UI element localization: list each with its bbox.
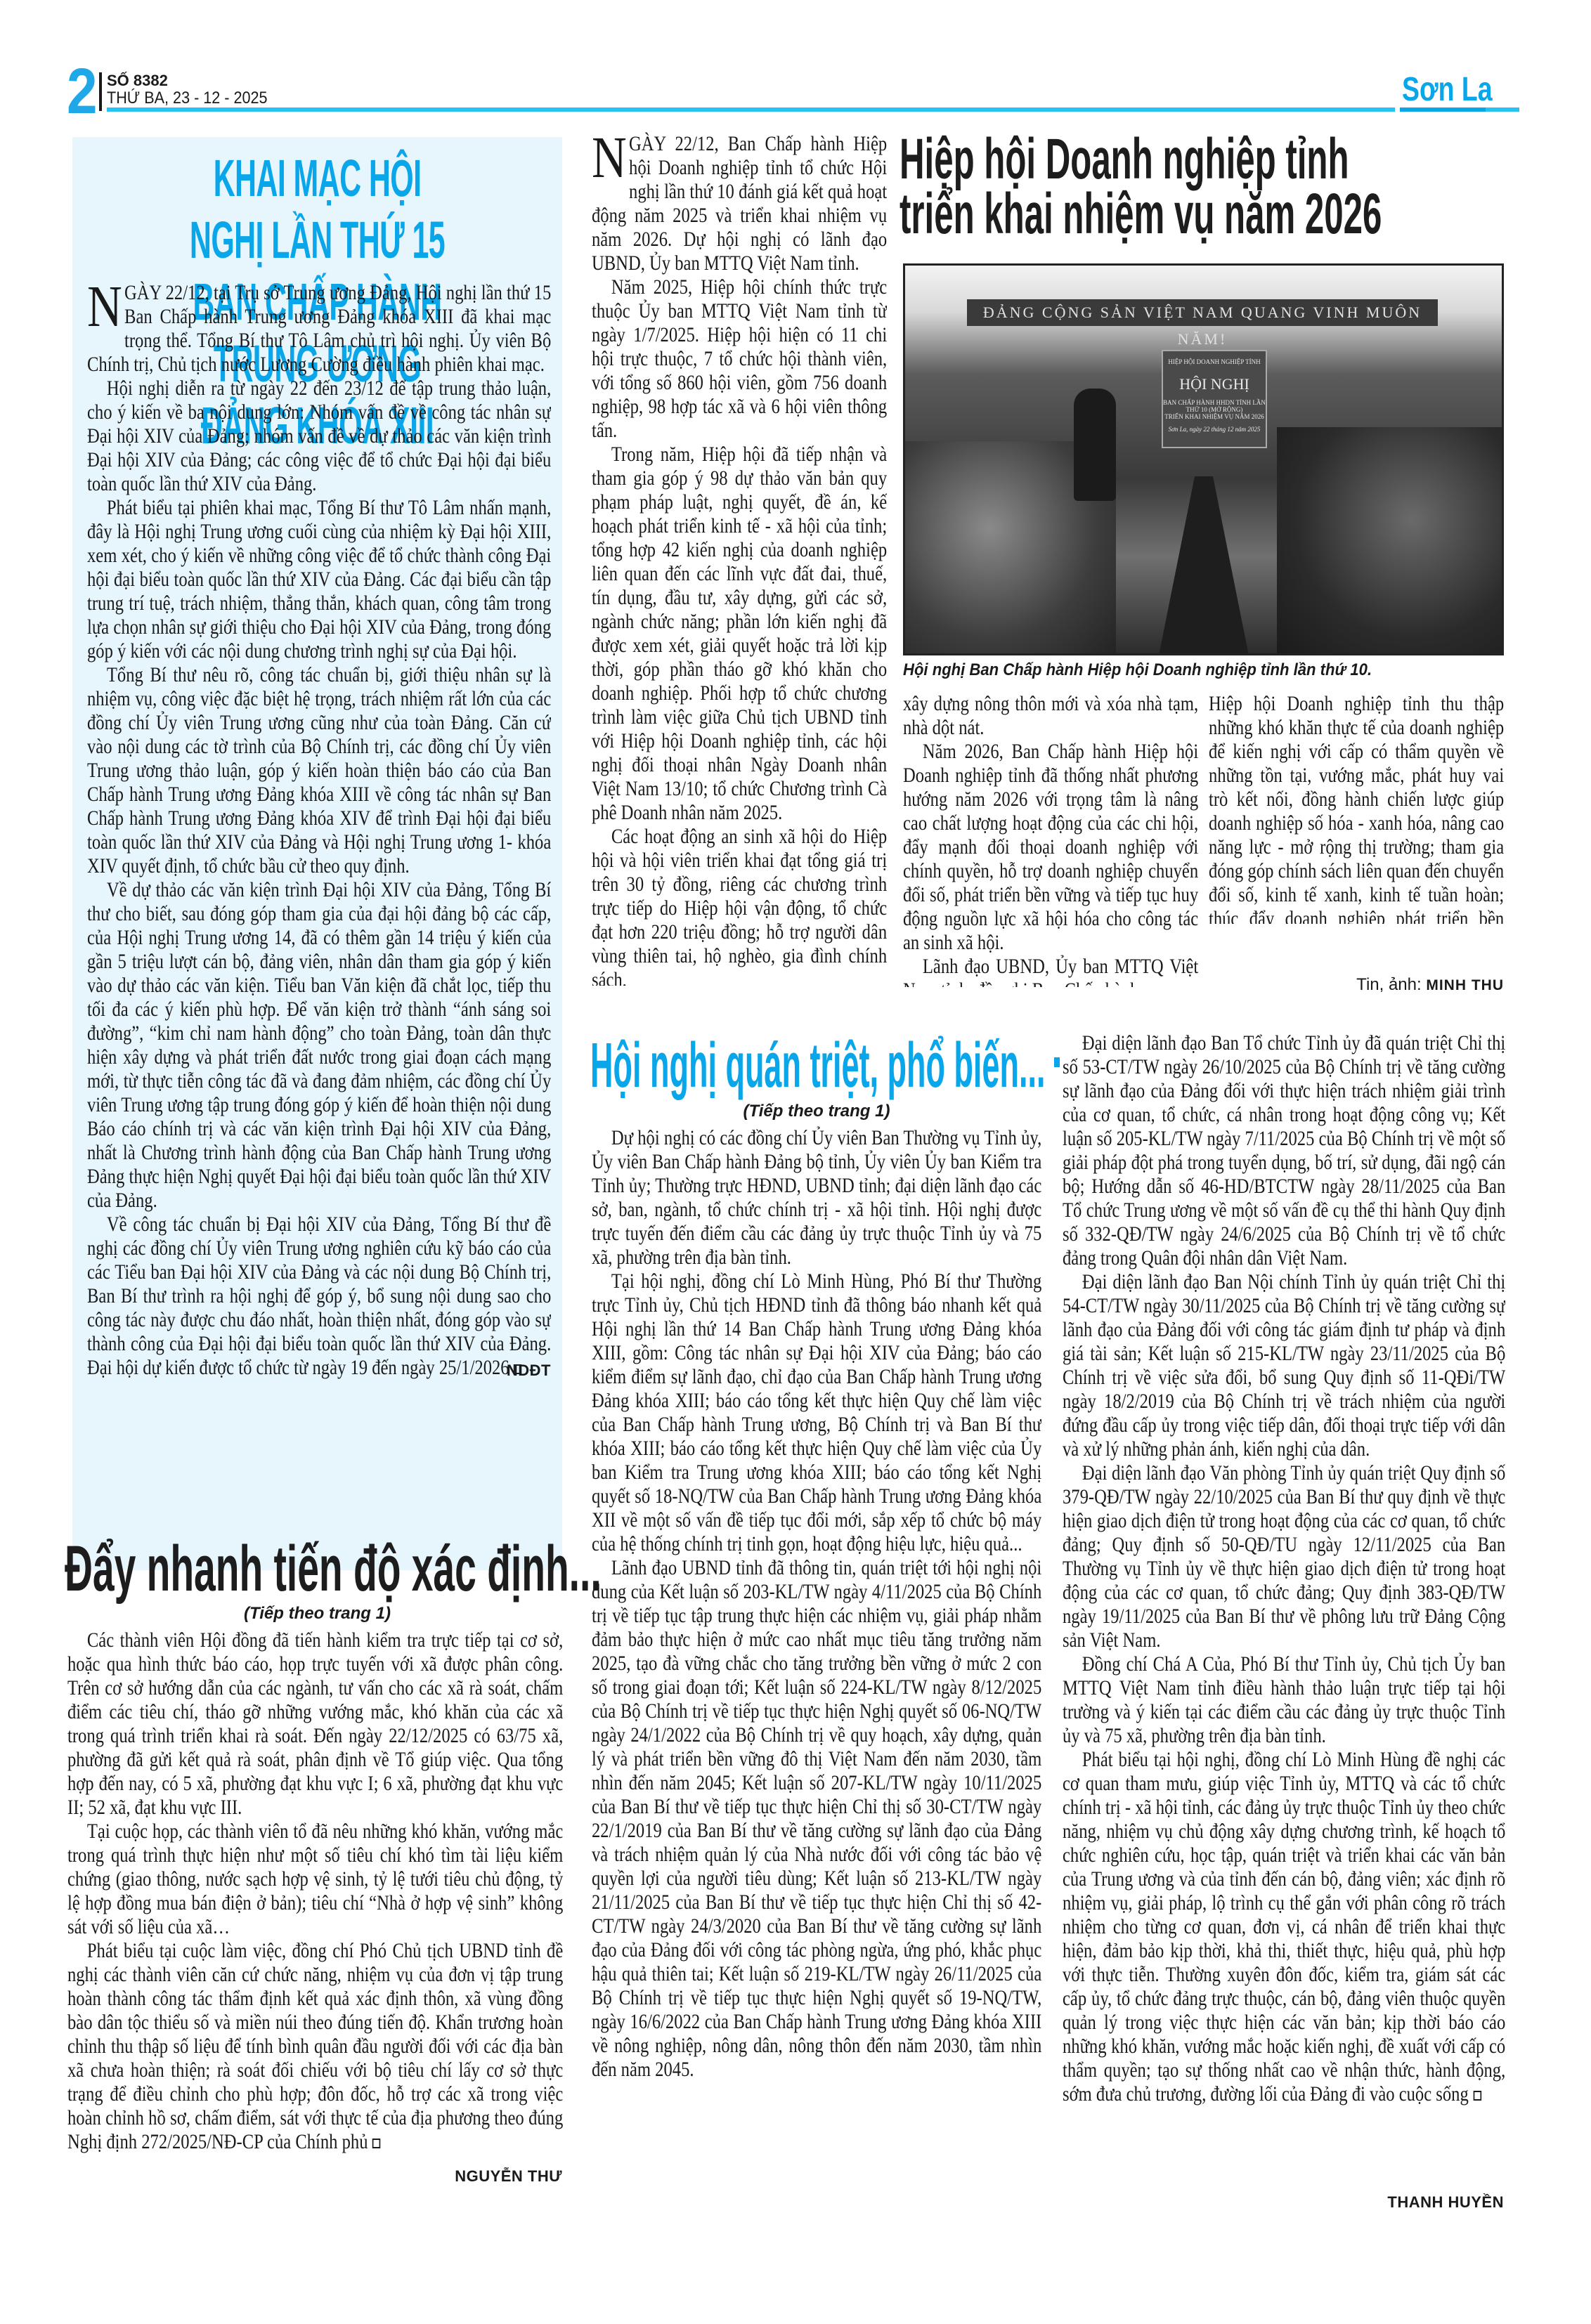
paragraph: Đại diện lãnh đạo Ban Tổ chức Tỉnh ủy đã…: [1063, 1031, 1505, 1270]
photo-banner: ĐẢNG CỘNG SẢN VIỆT NAM QUANG VINH MUÔN N…: [967, 299, 1438, 326]
paragraph: Đại diện lãnh đạo Ban Nội chính Tỉnh ủy …: [1063, 1270, 1505, 1461]
article-dissemination-headline[interactable]: Hội nghị quán triệt, phổ biến...: [590, 1031, 1045, 1101]
end-mark-icon: [372, 2139, 380, 2148]
article-business-col-3: Hiệp hội Doanh nghiệp tỉnh thu thập nhữn…: [1209, 692, 1504, 924]
article-dissemination-col-1: Dự hội nghị có các đồng chí Ủy viên Ban …: [592, 1126, 1041, 2194]
paragraph: Về công tác chuẩn bị Đại hội XIV của Đản…: [87, 1213, 551, 1380]
paragraph-text: Phát biểu tại cuộc làm việc, đồng chí Ph…: [67, 1939, 563, 2153]
paragraph: Tại cuộc họp, các thành viên tổ đã nêu n…: [67, 1820, 563, 1939]
byline-prefix: Tin, ảnh:: [1356, 975, 1422, 994]
article-progress-byline: NGUYỄN THƯ: [394, 2167, 562, 2186]
paragraph: Đại diện lãnh đạo Văn phòng Tỉnh ủy quán…: [1063, 1461, 1505, 1652]
photo-table: [1158, 476, 1249, 655]
section-marker: [1054, 1057, 1060, 1067]
issue-number: SỐ 8382: [107, 72, 168, 89]
article-dissemination-byline: THANH HUYỀN: [1293, 2193, 1504, 2212]
lead-text: GÀY 22/12, Ban Chấp hành Hiệp hội Doanh …: [592, 132, 887, 275]
lead-paragraph: NGÀY 22/12, tại Trụ sở Trung ương Đảng, …: [87, 281, 551, 377]
paragraph: Các thành viên Hội đồng đã tiến hành kiể…: [67, 1628, 563, 1820]
article-progress-headline[interactable]: Đẩy nhanh tiến độ xác định...: [65, 1534, 602, 1604]
paragraph: Phát biểu tại hội nghị, đồng chí Lò Minh…: [1063, 1748, 1505, 2106]
headline-line-1: KHAI MẠC HỘI NGHỊ LẦN THỨ 15: [175, 148, 459, 271]
screen-title: HỘI NGHỊ: [1163, 375, 1266, 393]
paragraph-text: Hiệp hội Doanh nghiệp tỉnh thu thập nhữn…: [1209, 692, 1504, 924]
paragraph: Phát biểu tại cuộc làm việc, đồng chí Ph…: [67, 1939, 563, 2154]
continued-note: (Tiếp theo trang 1): [72, 1604, 562, 1624]
screen-subtitle-2: TRIỂN KHAI NHIỆM VỤ NĂM 2026: [1163, 413, 1266, 420]
paragraph-text: Phát biểu tại hội nghị, đồng chí Lò Minh…: [1063, 1748, 1505, 2106]
page-number: 2: [67, 70, 97, 112]
lead-text: GÀY 22/12, tại Trụ sở Trung ương Đảng, H…: [87, 281, 551, 376]
photo-attendees-right: [1277, 427, 1502, 655]
header-rule: [107, 107, 1519, 112]
paragraph: Năm 2026, Ban Chấp hành Hiệp hội Doanh n…: [903, 740, 1198, 955]
photo-speaker: [1074, 389, 1116, 501]
paragraph: Hiệp hội Doanh nghiệp tỉnh thu thập nhữn…: [1209, 692, 1504, 924]
paragraph: Về dự thảo các văn kiện trình Đại hội XI…: [87, 878, 551, 1213]
paragraph: Lãnh đạo UBND tỉnh đã thông tin, quán tr…: [592, 1556, 1041, 2082]
headline-line-2: triển khai nhiệm vụ năm 2026: [900, 187, 1382, 242]
end-mark-icon: [1473, 2091, 1481, 2101]
paragraph: Tổng Bí thư nêu rõ, công tác chuẩn bị, g…: [87, 663, 551, 878]
paragraph: Tại hội nghị, đồng chí Lò Minh Hùng, Phó…: [592, 1269, 1041, 1556]
article-business-col-1: NGÀY 22/12, Ban Chấp hành Hiệp hội Doanh…: [592, 132, 887, 986]
paragraph: Lãnh đạo UBND, Ủy ban MTTQ Việt Nam tỉnh…: [903, 955, 1198, 987]
article-business-headline[interactable]: Hiệp hội Doanh nghiệp tỉnh triển khai nh…: [900, 132, 1382, 242]
paragraph: Phát biểu tại phiên khai mạc, Tổng Bí th…: [87, 496, 551, 663]
paragraph: Đồng chí Chá A Của, Phó Bí thư Tỉnh ủy, …: [1063, 1652, 1505, 1748]
photo-screen: HIỆP HỘI DOANH NGHIỆP TỈNH HỘI NGHỊ BAN …: [1162, 350, 1267, 448]
lead-paragraph: NGÀY 22/12, Ban Chấp hành Hiệp hội Doanh…: [592, 132, 887, 275]
end-mark-icon: [514, 1364, 521, 1374]
issue-date: THỨ BA, 23 - 12 - 2025: [107, 89, 268, 107]
screen-subtitle-1: BAN CHẤP HÀNH HHDN TỈNH LẦN THỨ 10 (MỞ R…: [1163, 399, 1266, 413]
header-divider: [99, 72, 102, 111]
screen-org: HIỆP HỘI DOANH NGHIỆP TỈNH: [1163, 358, 1266, 365]
headline-line-1: Hiệp hội Doanh nghiệp tỉnh: [900, 132, 1382, 187]
article-dissemination-col-2: Đại diện lãnh đạo Ban Tổ chức Tỉnh ủy đã…: [1063, 1031, 1505, 2194]
byline-name: MINH THU: [1426, 977, 1504, 993]
dropcap: N: [87, 284, 122, 330]
paragraph: Trong năm, Hiệp hội đã tiếp nhận và tham…: [592, 443, 887, 825]
article-business-byline: Tin, ảnh: MINH THU: [1209, 975, 1504, 995]
paragraph: xây dựng nông thôn mới và xóa nhà tạm, n…: [903, 692, 1198, 740]
continued-note: (Tiếp theo trang 1): [592, 1102, 1041, 1121]
paragraph-text: Về công tác chuẩn bị Đại hội XIV của Đản…: [87, 1213, 551, 1379]
paragraph: Năm 2025, Hiệp hội chính thức trực thuộc…: [592, 275, 887, 443]
brand-rule: [1400, 107, 1486, 112]
screen-date: Sơn La, ngày 22 tháng 12 năm 2025: [1163, 426, 1266, 433]
article-progress-body: Các thành viên Hội đồng đã tiến hành kiể…: [67, 1628, 563, 2183]
article-conference-body: NGÀY 22/12, tại Trụ sở Trung ương Đảng, …: [87, 281, 551, 1567]
paragraph: Dự hội nghị có các đồng chí Ủy viên Ban …: [592, 1126, 1041, 1269]
article-business-col-2: xây dựng nông thôn mới và xóa nhà tạm, n…: [903, 692, 1198, 987]
section-brand: Sơn La: [1402, 72, 1493, 107]
conference-photo[interactable]: ĐẢNG CỘNG SẢN VIỆT NAM QUANG VINH MUÔN N…: [903, 263, 1504, 655]
dropcap: N: [592, 135, 627, 181]
photo-caption: Hội nghị Ban Chấp hành Hiệp hội Doanh ng…: [903, 660, 1372, 680]
paragraph: Hội nghị diễn ra từ ngày 22 đến 23/12 để…: [87, 377, 551, 496]
paragraph: Các hoạt động an sinh xã hội do Hiệp hội…: [592, 825, 887, 986]
